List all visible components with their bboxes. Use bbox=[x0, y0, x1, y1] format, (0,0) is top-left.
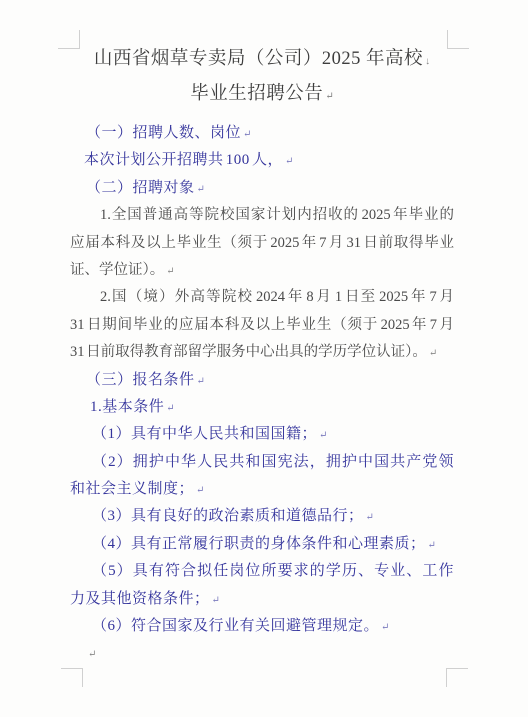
line-text: 应届本科及以上毕业生（须于 2025 年 7 月 31 日前取得毕业 bbox=[70, 235, 454, 251]
paragraph-mark-icon: ↵ bbox=[381, 622, 389, 633]
line-text: （一）招聘人数、岗位 bbox=[86, 125, 241, 141]
line-text: （2）拥护中华人民共和国宪法，拥护中国共产党领导 bbox=[92, 454, 454, 476]
line-text: 本次计划公开招聘共 100 人， bbox=[84, 152, 283, 168]
text-line: 毕业生招聘公告↵ bbox=[70, 81, 454, 116]
line-text: （6）符合国家及行业有关回避管理规定。 bbox=[92, 618, 379, 634]
paragraph-mark-icon: ↵ bbox=[428, 540, 436, 551]
paragraph-mark-icon: ↵ bbox=[166, 266, 174, 277]
document-body: （一）招聘人数、岗位↵本次计划公开招聘共 100 人，↵（二）招聘对象↵1.全国… bbox=[70, 120, 454, 668]
text-line: （二）招聘对象↵ bbox=[70, 175, 454, 202]
paragraph-mark-icon: ↵ bbox=[196, 485, 204, 496]
line-text: （4）具有正常履行职责的身体条件和心理素质； bbox=[92, 536, 426, 552]
text-line: 31 日前取得教育部留学服务中心出具的学历学位认证）。↵ bbox=[70, 339, 454, 366]
paragraph-mark-icon: ↵ bbox=[366, 512, 374, 523]
line-text: 和社会主义制度； bbox=[70, 481, 194, 497]
document-page: { "page": { "background": "#fdfdfc", "co… bbox=[0, 0, 528, 717]
text-line: 1.基本条件↵ bbox=[70, 394, 454, 421]
text-line: 证、学位证）。↵ bbox=[70, 257, 454, 284]
document-content: 山西省烟草专卖局（公司）2025 年高校↓毕业生招聘公告↵ （一）招聘人数、岗位… bbox=[0, 0, 528, 668]
text-line: （6）符合国家及行业有关回避管理规定。↵ bbox=[70, 613, 454, 640]
text-line: ↵ bbox=[70, 640, 454, 667]
line-text: 证、学位证）。 bbox=[70, 262, 164, 278]
line-text: 2.国（境）外高等院校 2024 年 8 月 1 日至 2025 年 7 月 bbox=[100, 289, 454, 305]
line-text: （二）招聘对象 bbox=[86, 180, 195, 196]
paragraph-mark-icon: ↵ bbox=[285, 156, 293, 167]
text-line: （1）具有中华人民共和国国籍；↵ bbox=[70, 421, 454, 448]
paragraph-mark-icon: ↵ bbox=[166, 403, 174, 414]
text-line: （5）具有符合拟任岗位所要求的学历、专业、工作能 bbox=[70, 558, 454, 585]
text-line: 31 日期间毕业的应届本科及以上毕业生（须于 2025 年 7 月 bbox=[70, 312, 454, 339]
line-text: （1）具有中华人民共和国国籍； bbox=[92, 426, 317, 442]
document-title: 山西省烟草专卖局（公司）2025 年高校↓毕业生招聘公告↵ bbox=[70, 46, 454, 116]
text-line: 应届本科及以上毕业生（须于 2025 年 7 月 31 日前取得毕业 bbox=[70, 230, 454, 257]
text-line: 山西省烟草专卖局（公司）2025 年高校↓ bbox=[70, 46, 454, 81]
text-line: 力及其他资格条件；↵ bbox=[70, 586, 454, 613]
paragraph-mark-icon: ↵ bbox=[197, 376, 205, 387]
paragraph-mark-icon: ↵ bbox=[325, 91, 333, 102]
line-text: （3）具有良好的政治素质和道德品行； bbox=[92, 508, 364, 524]
paragraph-mark-icon: ↓ bbox=[425, 56, 430, 67]
text-line: 和社会主义制度；↵ bbox=[70, 476, 454, 503]
line-text: 31 日前取得教育部留学服务中心出具的学历学位认证）。 bbox=[70, 344, 427, 360]
line-text: 毕业生招聘公告 bbox=[190, 84, 323, 104]
paragraph-mark-icon: ↵ bbox=[212, 595, 220, 606]
line-text: 1.基本条件 bbox=[90, 399, 164, 415]
line-text: 31 日期间毕业的应届本科及以上毕业生（须于 2025 年 7 月 bbox=[70, 317, 454, 333]
text-line: 本次计划公开招聘共 100 人，↵ bbox=[70, 147, 454, 174]
paragraph-mark-icon: ↵ bbox=[319, 430, 327, 441]
text-line: （2）拥护中华人民共和国宪法，拥护中国共产党领导 bbox=[70, 449, 454, 476]
line-text: 山西省烟草专卖局（公司）2025 年高校 bbox=[94, 49, 423, 69]
text-line: （三）报名条件↵ bbox=[70, 367, 454, 394]
line-text: 1.全国普通高等院校国家计划内招收的 2025 年毕业的 bbox=[100, 207, 454, 223]
line-text: （5）具有符合拟任岗位所要求的学历、专业、工作能 bbox=[92, 563, 454, 585]
text-boundary-corner-bottom-left bbox=[61, 668, 83, 687]
text-line: （一）招聘人数、岗位↵ bbox=[70, 120, 454, 147]
paragraph-mark-icon: ↵ bbox=[429, 348, 437, 359]
line-text: 力及其他资格条件； bbox=[70, 591, 210, 607]
text-line: 1.全国普通高等院校国家计划内招收的 2025 年毕业的 bbox=[70, 202, 454, 229]
text-line: （4）具有正常履行职责的身体条件和心理素质；↵ bbox=[70, 531, 454, 558]
line-text: （三）报名条件 bbox=[86, 372, 195, 388]
text-boundary-corner-bottom-right bbox=[446, 668, 468, 687]
text-line: （3）具有良好的政治素质和道德品行；↵ bbox=[70, 503, 454, 530]
text-line: 2.国（境）外高等院校 2024 年 8 月 1 日至 2025 年 7 月 bbox=[70, 284, 454, 311]
paragraph-mark-icon: ↵ bbox=[197, 184, 205, 195]
paragraph-mark-icon: ↵ bbox=[243, 129, 251, 140]
paragraph-mark-icon: ↵ bbox=[88, 649, 96, 660]
